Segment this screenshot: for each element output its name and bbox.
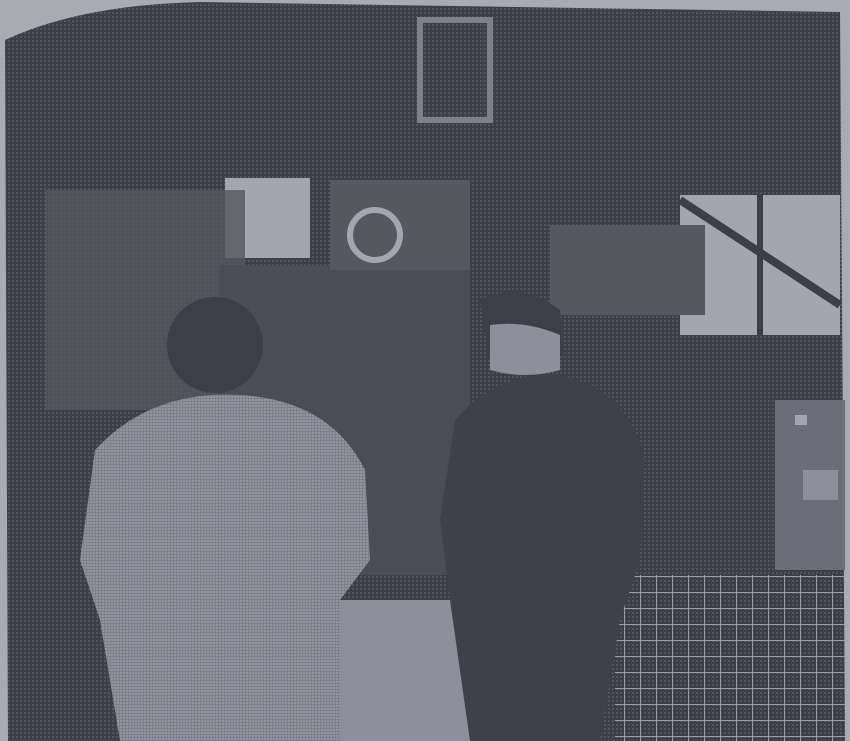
photo [0, 0, 850, 741]
machine [550, 225, 705, 315]
wire-basket [615, 575, 845, 741]
